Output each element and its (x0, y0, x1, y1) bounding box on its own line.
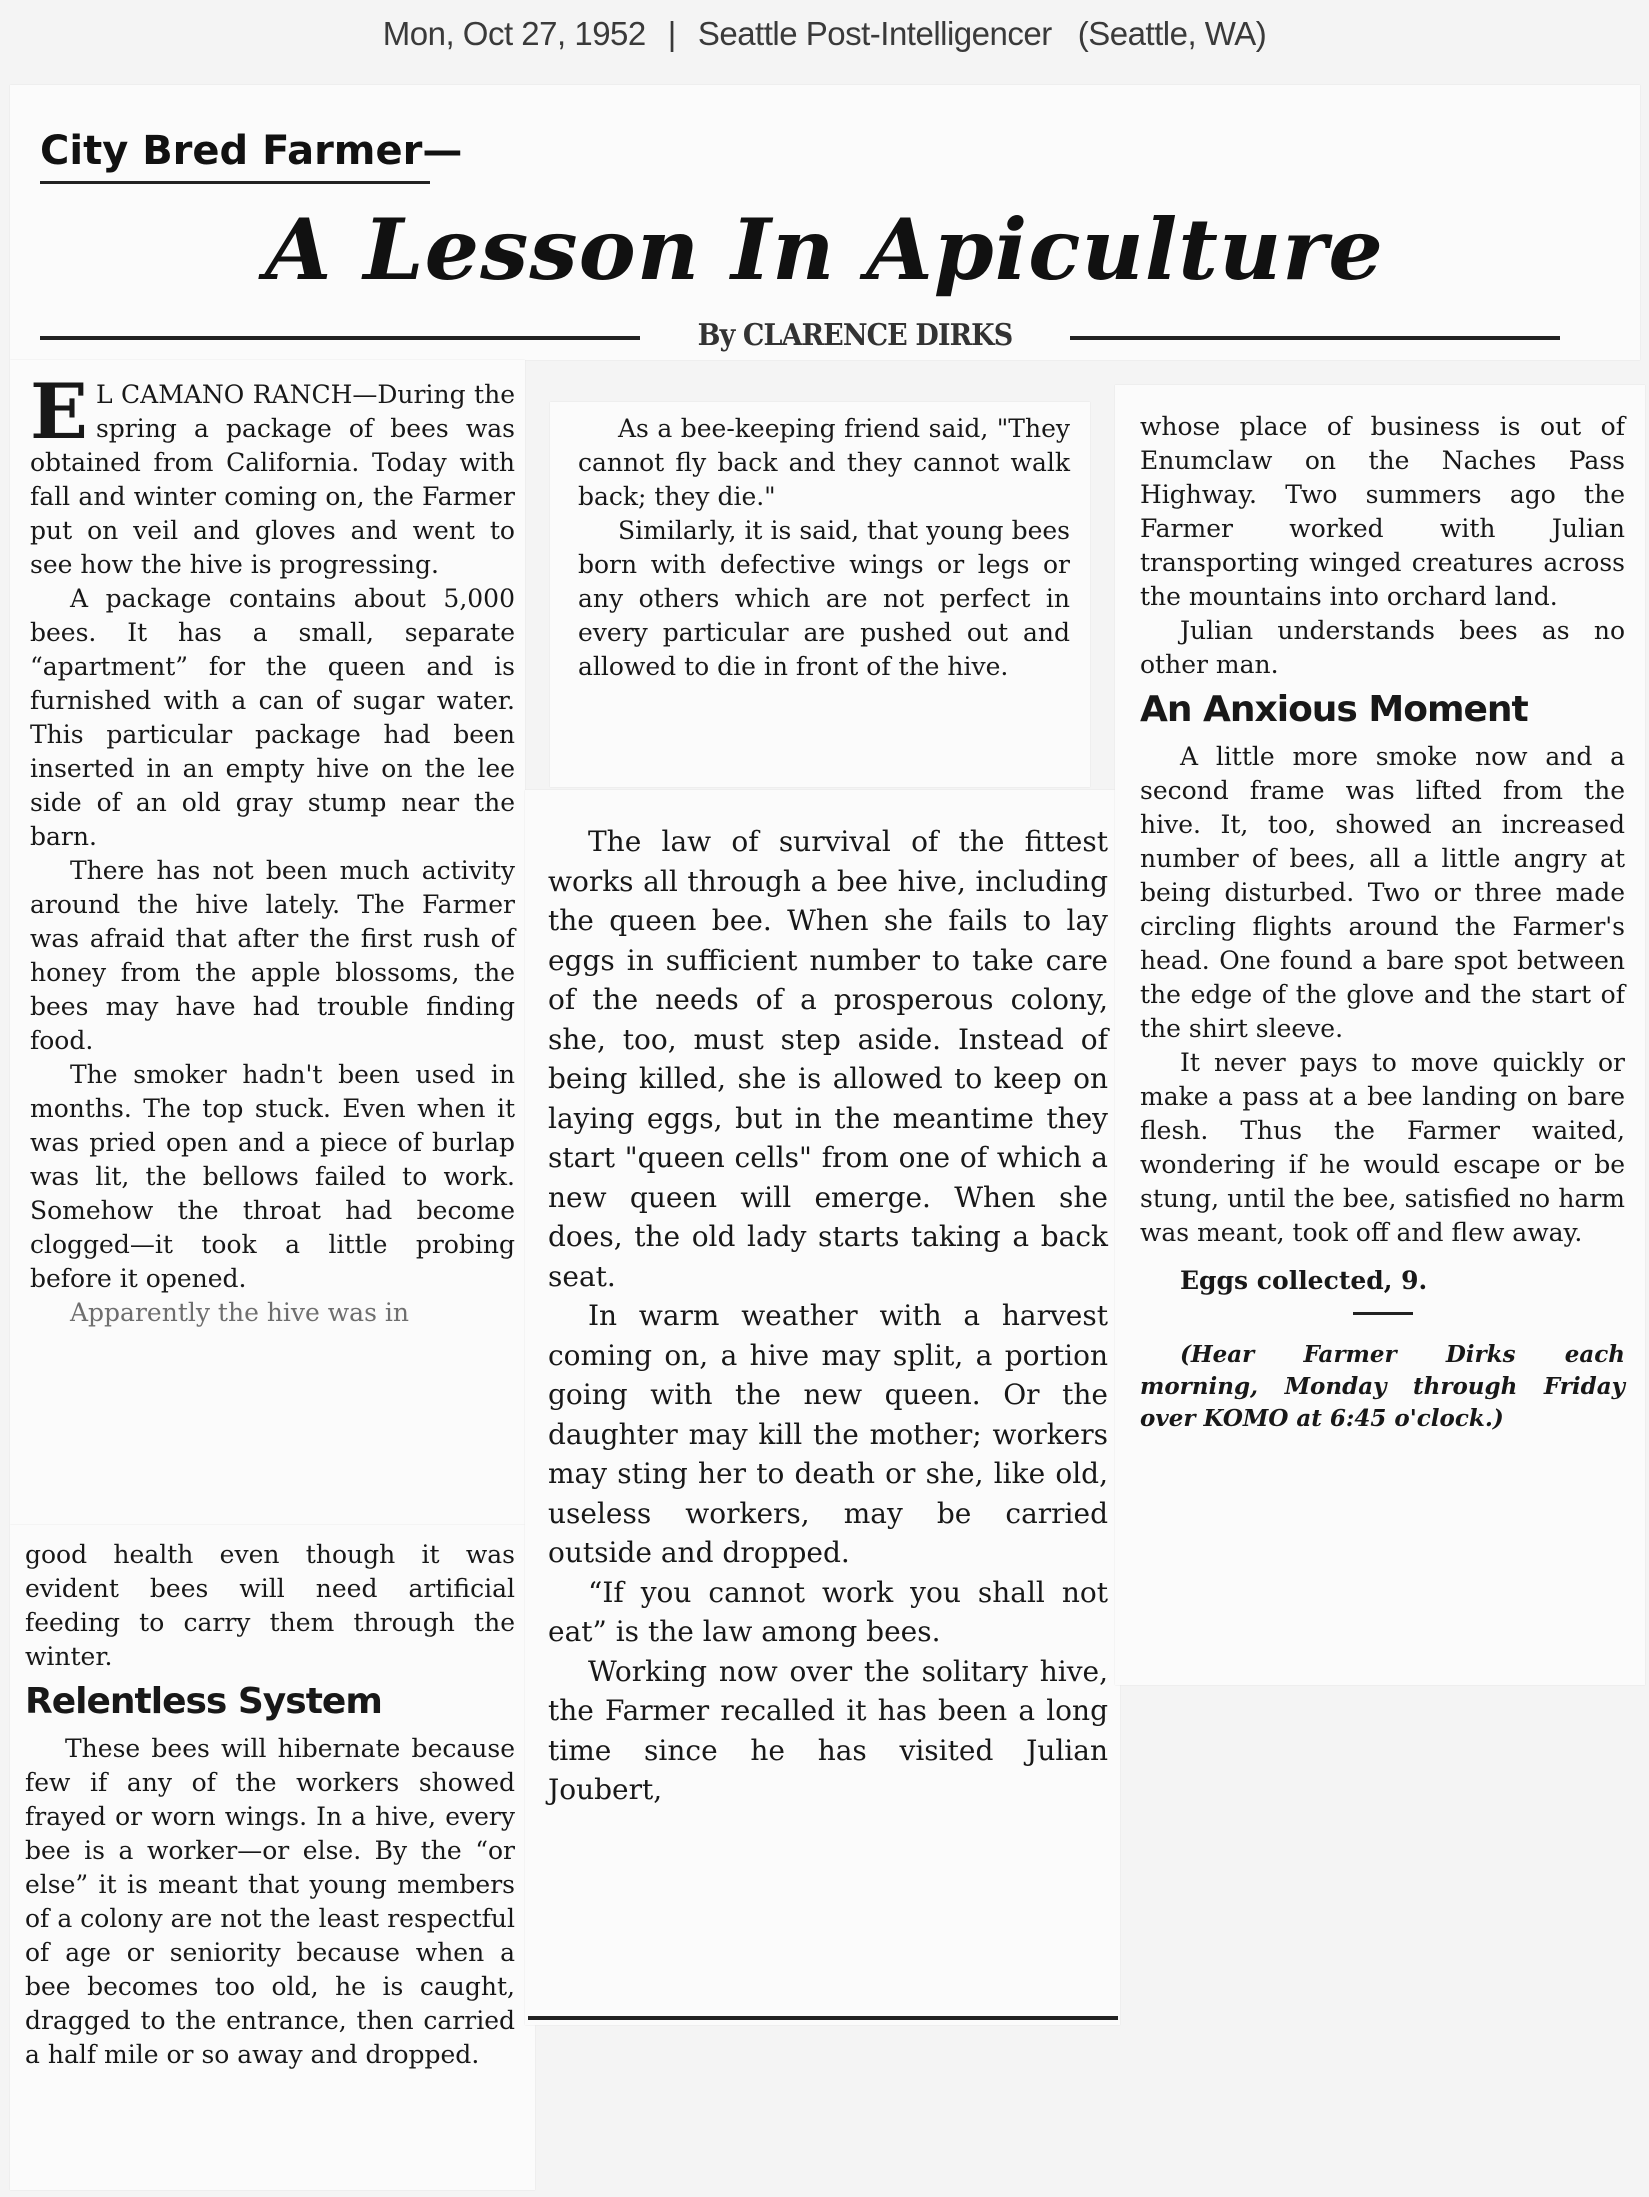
paragraph: A package contains about 5,000 bees. It … (30, 582, 515, 854)
clip-masthead: Mon, Oct 27, 1952|Seattle Post-Intellige… (0, 0, 1649, 75)
subhead-anxious-moment: An Anxious Moment (1140, 686, 1625, 734)
publication-location: (Seattle, WA) (1078, 15, 1267, 52)
article-headline: A Lesson In Apiculture (0, 200, 1649, 299)
article-column-3: whose place of business is out of Enumcl… (1140, 410, 1625, 1435)
article-column-1: EL CAMANO RANCH—During the spring a pack… (30, 378, 515, 1330)
paragraph: Julian understands bees as no other man. (1140, 614, 1625, 682)
paragraph: These bees will hibernate because few if… (25, 1732, 515, 2072)
radio-note: (Hear Farmer Dirks each morning, Monday … (1140, 1339, 1625, 1435)
kicker-underline (40, 181, 430, 184)
byline-rule-right (1070, 336, 1560, 340)
paragraph: The law of survival of the fittest works… (548, 822, 1108, 1296)
byline-rule-left (40, 336, 640, 340)
paragraph: good health even though it was evident b… (25, 1538, 515, 1674)
paragraph: Apparently the hive was in (30, 1296, 515, 1330)
masthead-separator: | (668, 15, 676, 52)
article-column-2b: The law of survival of the fittest works… (548, 822, 1108, 1810)
lead-paragraph: EL CAMANO RANCH—During the spring a pack… (30, 378, 515, 582)
paragraph: As a bee-keeping friend said, "They cann… (578, 412, 1070, 514)
paragraph: “If you cannot work you shall not eat” i… (548, 1573, 1108, 1652)
paragraph: In warm weather with a harvest coming on… (548, 1296, 1108, 1573)
publication-name: Seattle Post-Intelligencer (698, 15, 1052, 52)
article-column-2a: As a bee-keeping friend said, "They cann… (578, 412, 1070, 684)
publication-date: Mon, Oct 27, 1952 (383, 15, 646, 52)
paragraph: whose place of business is out of Enumcl… (1140, 410, 1625, 614)
column-2b-end-rule (528, 2016, 1118, 2020)
article-kicker: City Bred Farmer— (40, 128, 462, 174)
article-column-1b: good health even though it was evident b… (25, 1538, 515, 2072)
paragraph: Similarly, it is said, that young bees b… (578, 514, 1070, 684)
eggs-collected: Eggs collected, 9. (1140, 1264, 1625, 1298)
paragraph: It never pays to move quickly or make a … (1140, 1046, 1625, 1250)
byline-row: By CLARENCE DIRKS (40, 318, 1560, 358)
subhead-relentless-system: Relentless System (25, 1678, 515, 1726)
paragraph: There has not been much activity around … (30, 854, 515, 1058)
drop-cap: E (30, 380, 88, 444)
paragraph: Working now over the solitary hive, the … (548, 1652, 1108, 1810)
section-divider (1353, 1312, 1413, 1315)
article-byline: By CLARENCE DIRKS (662, 318, 1049, 353)
paragraph: A little more smoke now and a second fra… (1140, 740, 1625, 1046)
paragraph: The smoker hadn't been used in months. T… (30, 1058, 515, 1296)
